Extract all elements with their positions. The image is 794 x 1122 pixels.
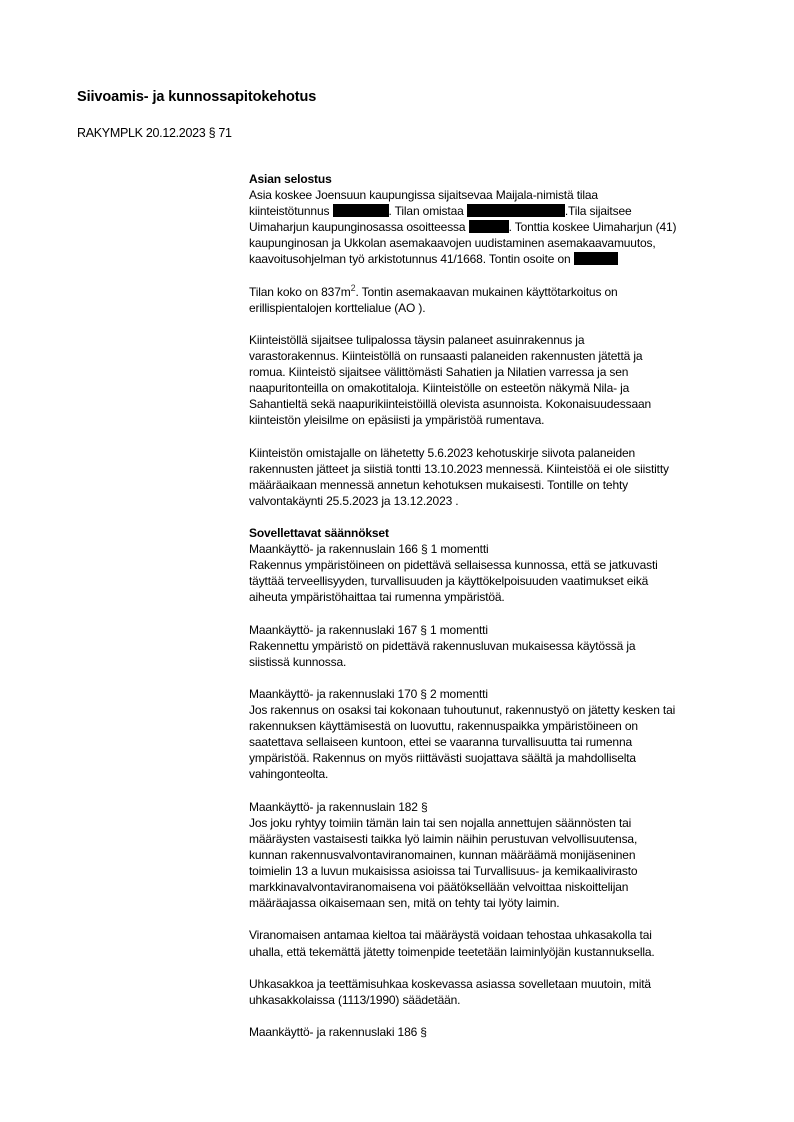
text-line: Maankäyttö- ja rakennuslain 182 § bbox=[249, 799, 749, 815]
text-line: rakennusten jätteet ja siistiä tontti 13… bbox=[249, 461, 749, 477]
text-line: Kiinteistön omistajalle on lähetetty 5.6… bbox=[249, 445, 749, 461]
text-line: Uimaharjun kaupunginosassa osoitteessa .… bbox=[249, 219, 749, 235]
text-fragment: Tilan koko on 837m bbox=[249, 285, 351, 299]
regulation-block: Uhkasakkoa ja teettämisuhkaa koskevassa … bbox=[249, 976, 749, 1008]
text-line: Uhkasakkoa ja teettämisuhkaa koskevassa … bbox=[249, 976, 749, 992]
paragraph-case-description: Asia koskee Joensuun kaupungissa sijaits… bbox=[249, 187, 749, 267]
text-line: ympäristöä. Rakennus on myös riittävästi… bbox=[249, 750, 749, 766]
text-fragment: Uimaharjun kaupunginosassa osoitteessa bbox=[249, 220, 469, 234]
text-line: vahingonteolta. bbox=[249, 766, 749, 782]
section-heading-sovellettavat-saannokset: Sovellettavat säännökset bbox=[249, 525, 749, 541]
document-title: Siivoamis- ja kunnossapitokehotus bbox=[77, 89, 316, 105]
regulation-block: Viranomaisen antamaa kieltoa tai määräys… bbox=[249, 927, 749, 959]
text-line: Sahantieltä sekä naapurikiinteistöillä o… bbox=[249, 396, 749, 412]
paragraph-plot-size: Tilan koko on 837m2. Tontin asemakaavan … bbox=[249, 284, 749, 316]
text-line: siistissä kunnossa. bbox=[249, 654, 749, 670]
text-line: kiinteistötunnus . Tilan omistaa .Tila s… bbox=[249, 203, 749, 219]
text-fragment: . Tonttia koskee Uimaharjun (41) bbox=[509, 220, 677, 234]
section-heading-asian-selostus: Asian selostus bbox=[249, 171, 749, 187]
text-line: uhalla, että tekemättä jätetty toimenpid… bbox=[249, 944, 749, 960]
text-line: Maankäyttö- ja rakennuslaki 167 § 1 mome… bbox=[249, 622, 749, 638]
text-line: romua. Kiinteistö sijaitsee välittömästi… bbox=[249, 364, 749, 380]
text-line: Jos rakennus on osaksi tai kokonaan tuho… bbox=[249, 702, 749, 718]
text-fragment: kaavoitusohjelman työ arkistotunnus 41/1… bbox=[249, 252, 574, 266]
text-fragment: kiinteistötunnus bbox=[249, 204, 333, 218]
regulation-block: Maankäyttö- ja rakennuslain 182 §Jos jok… bbox=[249, 799, 749, 912]
regulation-block: Maankäyttö- ja rakennuslaki 170 § 2 mome… bbox=[249, 686, 749, 783]
text-line: Rakennettu ympäristö on pidettävä rakenn… bbox=[249, 638, 749, 654]
text-line: kaupunginosan ja Ukkolan asemakaavojen u… bbox=[249, 235, 749, 251]
text-line: kiinteistön yleisilme on epäsiisti ja ym… bbox=[249, 412, 749, 428]
text-line: Rakennus ympäristöineen on pidettävä sel… bbox=[249, 557, 749, 573]
text-line: Maankäyttö- ja rakennuslaki 170 § 2 mome… bbox=[249, 686, 749, 702]
text-line: kunnan rakennusvalvontaviranomainen, kun… bbox=[249, 847, 749, 863]
redaction-block bbox=[333, 204, 389, 217]
text-line: valvontakäynti 25.5.2023 ja 13.12.2023 . bbox=[249, 493, 749, 509]
text-line: markkinavalvontaviranomaisena voi päätök… bbox=[249, 879, 749, 895]
regulations-list: Maankäyttö- ja rakennuslain 166 § 1 mome… bbox=[249, 541, 749, 1040]
text-line: Asia koskee Joensuun kaupungissa sijaits… bbox=[249, 187, 749, 203]
text-line: erillispientalojen korttelialue (AO ). bbox=[249, 300, 749, 316]
text-line: kaavoitusohjelman työ arkistotunnus 41/1… bbox=[249, 251, 749, 267]
redaction-block bbox=[469, 220, 509, 233]
text-line: Tilan koko on 837m2. Tontin asemakaavan … bbox=[249, 284, 749, 300]
text-line: Jos joku ryhtyy toimiin tämän lain tai s… bbox=[249, 815, 749, 831]
text-line: Viranomaisen antamaa kieltoa tai määräys… bbox=[249, 927, 749, 943]
text-fragment: . Tilan omistaa bbox=[389, 204, 467, 218]
text-line: rakennuksen käyttämisestä on luovuttu, r… bbox=[249, 718, 749, 734]
redaction-block bbox=[467, 204, 565, 217]
text-line: määräajassa oikaisemaan sen, mitä on teh… bbox=[249, 895, 749, 911]
document-body: Asian selostus Asia koskee Joensuun kaup… bbox=[249, 171, 749, 1040]
paragraph-notice-history: Kiinteistön omistajalle on lähetetty 5.6… bbox=[249, 445, 749, 509]
text-line: aiheuta ympäristöhaittaa tai rumenna ymp… bbox=[249, 589, 749, 605]
regulation-block: Maankäyttö- ja rakennuslaki 186 § bbox=[249, 1024, 749, 1040]
meeting-reference: RAKYMPLK 20.12.2023 § 71 bbox=[77, 126, 232, 140]
text-line: Maankäyttö- ja rakennuslaki 186 § bbox=[249, 1024, 749, 1040]
text-line: täyttää terveellisyyden, turvallisuuden … bbox=[249, 573, 749, 589]
text-line: varastorakennus. Kiinteistöllä on runsaa… bbox=[249, 348, 749, 364]
regulation-block: Maankäyttö- ja rakennuslain 166 § 1 mome… bbox=[249, 541, 749, 605]
text-line: Maankäyttö- ja rakennuslain 166 § 1 mome… bbox=[249, 541, 749, 557]
text-line: Kiinteistöllä sijaitsee tulipalossa täys… bbox=[249, 332, 749, 348]
text-line: naapuritonteilla on omakotitaloja. Kiint… bbox=[249, 380, 749, 396]
text-fragment: . Tontin asemakaavan mukainen käyttötark… bbox=[355, 285, 617, 299]
text-line: uhkasakkolaissa (1113/1990) säädetään. bbox=[249, 992, 749, 1008]
text-line: saatettava sellaiseen kuntoon, ettei se … bbox=[249, 734, 749, 750]
text-fragment: .Tila sijaitsee bbox=[565, 204, 632, 218]
paragraph-property-condition: Kiinteistöllä sijaitsee tulipalossa täys… bbox=[249, 332, 749, 429]
regulation-block: Maankäyttö- ja rakennuslaki 167 § 1 mome… bbox=[249, 622, 749, 670]
redaction-block bbox=[574, 252, 618, 265]
text-line: toimielin 13 a luvun mukaisissa asioissa… bbox=[249, 863, 749, 879]
text-line: määräaikaan mennessä annetun kehotuksen … bbox=[249, 477, 749, 493]
text-line: määräysten vastaisesti taikka lyö laimin… bbox=[249, 831, 749, 847]
